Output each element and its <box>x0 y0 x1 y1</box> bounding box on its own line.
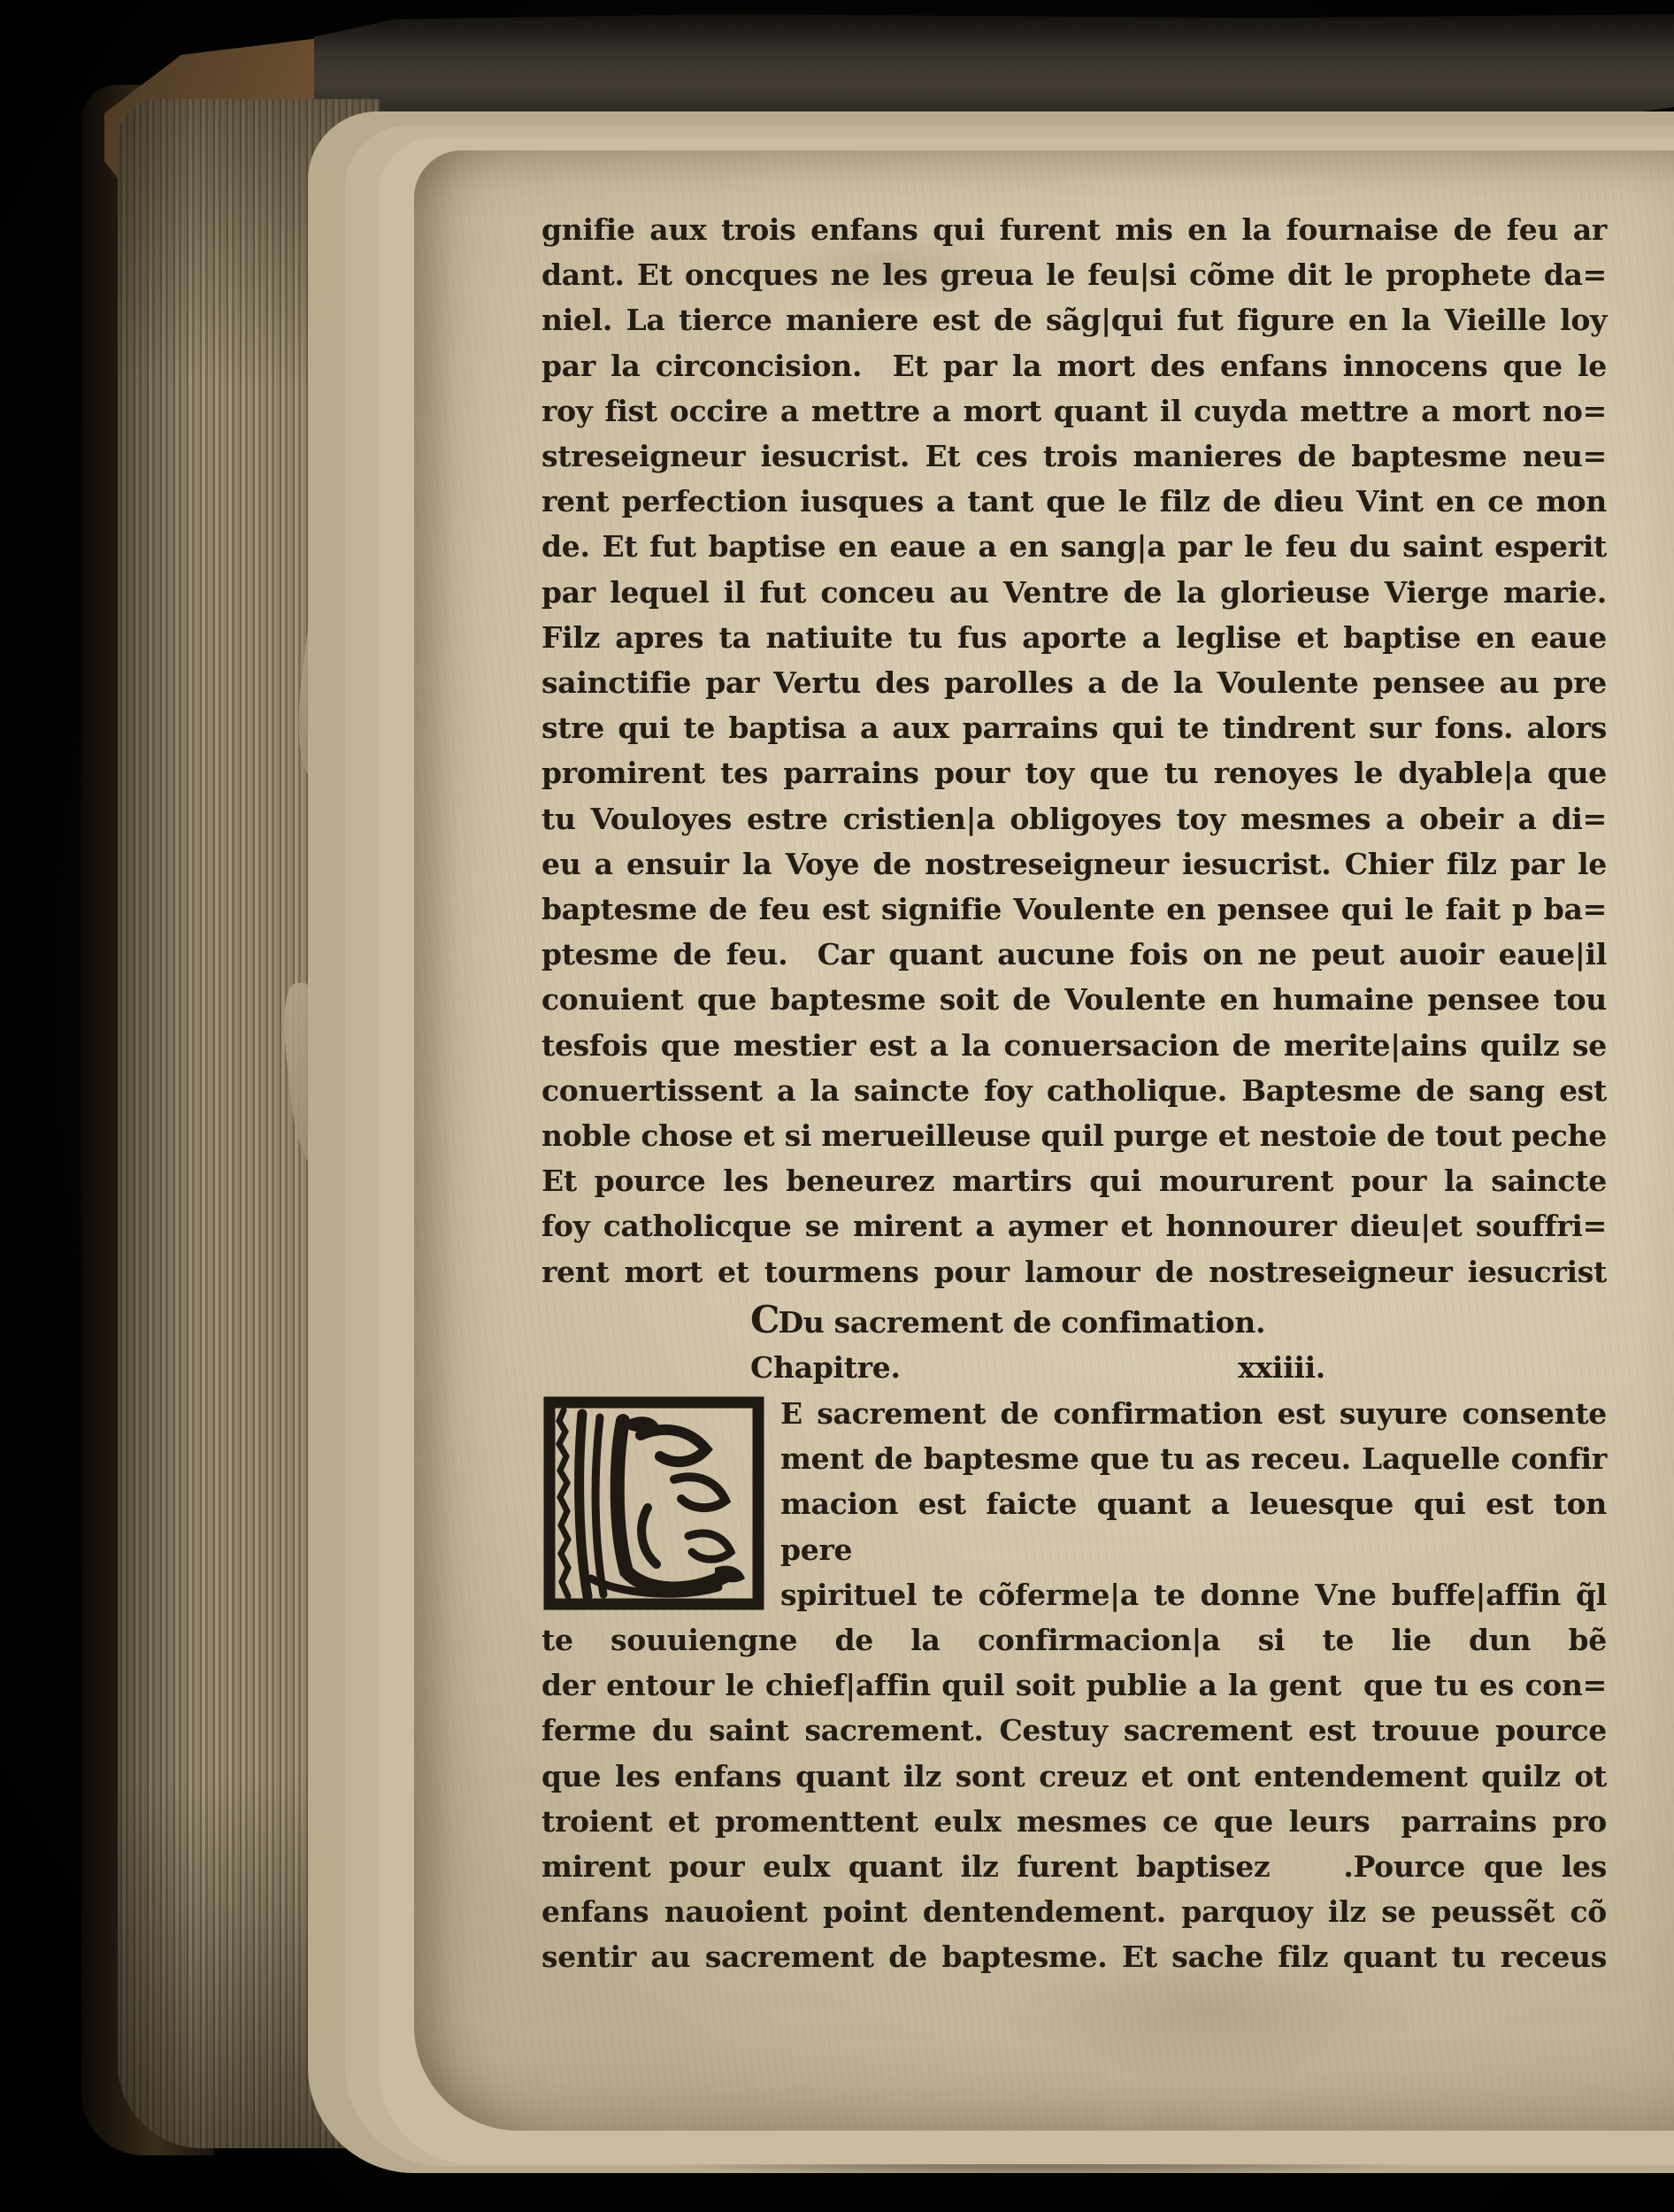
text-line: mirent pour eulx quant ilz furent baptis… <box>541 1844 1607 1889</box>
woodcut-initial-L-icon <box>541 1394 766 1612</box>
text-line: rent mort et tourmens pour lamour de nos… <box>541 1249 1607 1294</box>
text-line: eu a ensuir la Voye de nostreseigneur ie… <box>541 841 1607 887</box>
chapter-number: xxiiii. <box>1238 1345 1325 1390</box>
chapter-label: Chapitre. <box>750 1345 901 1390</box>
text-line: ptesme de feu. Car quant aucune fois on … <box>541 932 1607 977</box>
text-line: Et pource les beneurez martirs qui mouru… <box>541 1158 1607 1203</box>
text-line: der entour le chief|affin quil soit publ… <box>541 1663 1607 1708</box>
text-line: que les enfans quant ilz sont creuz et o… <box>541 1754 1607 1799</box>
text-line: enfans nauoient point dentendement. parq… <box>541 1889 1607 1934</box>
text-line: promirent tes parrains pour toy que tu r… <box>541 750 1607 795</box>
section-heading-text: Du sacrement de confimation. <box>778 1305 1265 1340</box>
text-line: sainctifie par Vertu des parolles a de l… <box>541 660 1607 705</box>
text-line: ferme du saint sacrement. Cestuy sacreme… <box>541 1708 1607 1753</box>
text-line: gnifie aux trois enfans qui furent mis e… <box>541 207 1607 252</box>
section-heading: CDu sacrement de confimation. <box>750 1297 1325 1345</box>
text-line: niel. La tierce maniere est de sãg|qui f… <box>541 297 1607 342</box>
text-line: te souuiengne de la confirmacion|a si te… <box>541 1617 1607 1663</box>
main-text-block: gnifie aux trois enfans qui furent mis e… <box>541 207 1607 1294</box>
text-line: par la circoncision. Et par la mort des … <box>541 343 1607 388</box>
text-line: rent perfection iusques a tant que le fi… <box>541 479 1607 524</box>
text-line: tesfois que mestier est a la conuersacio… <box>541 1023 1607 1068</box>
text-line: dant. Et oncques ne les greua le feu|si … <box>541 252 1607 297</box>
text-line: stre qui te baptisa a aux parrains qui t… <box>541 705 1607 750</box>
section-heading-block: CDu sacrement de confimation. Chapitre. … <box>750 1297 1325 1390</box>
text-line: troient et promenttent eulx mesmes ce qu… <box>541 1799 1607 1844</box>
chapter-row: Chapitre. xxiiii. <box>750 1345 1325 1390</box>
text-line: noble chose et si merueilleuse quil purg… <box>541 1113 1607 1158</box>
text-line: baptesme de feu est signifie Voulente en… <box>541 887 1607 932</box>
dropcap-paragraph: E sacrement de confirmation est suyure c… <box>541 1391 1607 1980</box>
text-line: de. Et fut baptise en eaue a en sang|a p… <box>541 524 1607 569</box>
tail-lines: der entour le chief|affin quil soit publ… <box>541 1663 1607 1979</box>
text-line: conuertissent a la saincte foy catholiqu… <box>541 1068 1607 1113</box>
text-line: Filz apres ta natiuite tu fus aporte a l… <box>541 615 1607 660</box>
book-page-scan: gnifie aux trois enfans qui furent mis e… <box>0 0 1674 2212</box>
text-line: sentir au sacrement de baptesme. Et sach… <box>541 1934 1607 1979</box>
capitulum-pilcrow-icon: C <box>750 1298 778 1341</box>
text-line: roy fist occire a mettre a mort quant il… <box>541 388 1607 434</box>
text-line: tu Vouloyes estre cristien|a obligoyes t… <box>541 796 1607 841</box>
text-line: foy catholicque se mirent a aymer et hon… <box>541 1203 1607 1248</box>
text-line: conuient que baptesme soit de Voulente e… <box>541 977 1607 1022</box>
text-line: streseigneur iesucrist. Et ces trois man… <box>541 434 1607 479</box>
text-line: par lequel il fut conceu au Ventre de la… <box>541 570 1607 615</box>
